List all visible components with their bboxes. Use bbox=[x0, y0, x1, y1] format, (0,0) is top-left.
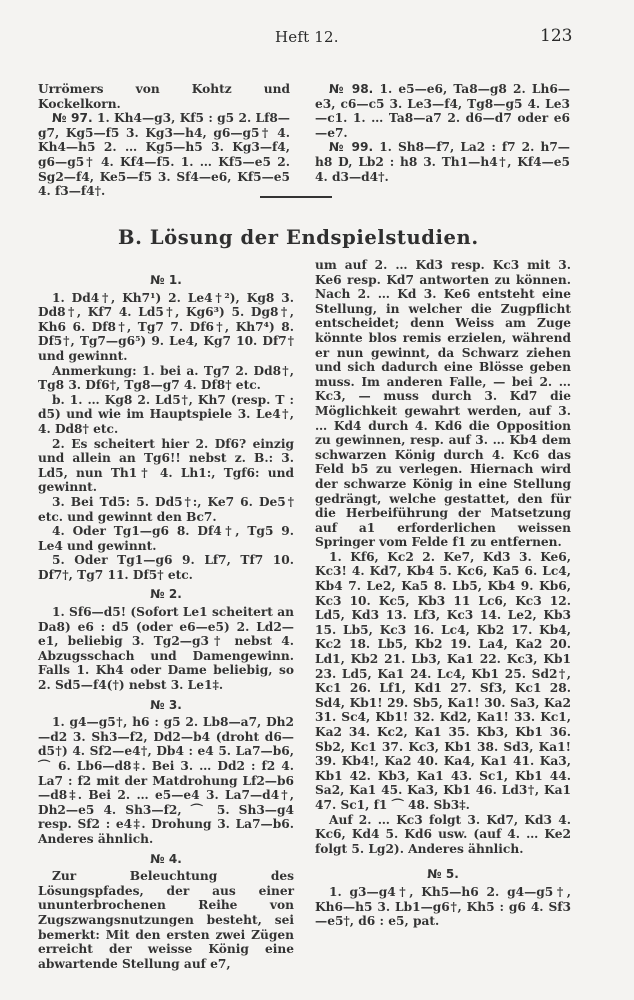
study-2-solution: 1. Sf6—d5! (Sofort Le1 scheitert an Da8)… bbox=[38, 605, 294, 693]
study-1-note-3: 3. Bei Td5: 5. Dd5†:, Ke7 6. De5† etc. u… bbox=[38, 495, 294, 524]
top-left-column: Urrömers von Kohtz und Kockelkorn. № 97.… bbox=[38, 82, 290, 199]
section-divider bbox=[260, 196, 332, 198]
left-column: № 1. 1. Dd4†, Kh7¹) 2. Le4†²), Kg8 3. Dd… bbox=[38, 268, 294, 971]
study-1-solution: 1. Dd4†, Kh7¹) 2. Le4†²), Kg8 3. Dd8†, K… bbox=[38, 291, 294, 364]
study-2-heading: № 2. bbox=[38, 587, 294, 602]
problem-98-label: № 98. bbox=[329, 82, 373, 96]
scanned-page: Heft 12. 123 Urrömers von Kohtz und Kock… bbox=[0, 0, 634, 1000]
problem-97-label: № 97. bbox=[52, 111, 93, 125]
problem-97: № 97. 1. Kh4—g3, Kf5 : g5 2. Lf8—g7, Kg5… bbox=[38, 111, 290, 199]
study-5-solution: 1. g3—g4†, Kh5—h6 2. g4—g5†, Kh6—h5 3. L… bbox=[315, 885, 571, 929]
study-3-heading: № 3. bbox=[38, 698, 294, 713]
study-4-commentary: Zur Beleuchtung des Lösungspfades, der a… bbox=[38, 869, 294, 971]
study-1-note-1a: Anmerkung: 1. bei a. Tg7 2. Dd8†, Tg8 3.… bbox=[38, 364, 294, 393]
study-1-note-5: 5. Oder Tg1—g6 9. Lf7, Tf7 10. Df7†, Tg7… bbox=[38, 553, 294, 582]
study-1-note-4: 4. Oder Tg1—g6 8. Df4†, Tg5 9. Le4 und g… bbox=[38, 524, 294, 553]
study-4-commentary-continued: um auf 2. … Kd3 resp. Kc3 mit 3. Ke6 res… bbox=[315, 258, 571, 550]
problem-98: № 98. 1. e5—e6, Ta8—g8 2. Lh6—e3, c6—c5 … bbox=[315, 82, 570, 140]
study-3-solution: 1. g4—g5†, h6 : g5 2. Lb8—a7, Dh2—d2 3. … bbox=[38, 715, 294, 846]
issue-label: Heft 12. bbox=[275, 28, 339, 46]
study-5-heading: № 5. bbox=[315, 867, 571, 882]
study-4-moves: 1. Kf6, Kc2 2. Ke7, Kd3 3. Ke6, Kc3! 4. … bbox=[315, 550, 571, 813]
intro-line: Urrömers von Kohtz und Kockelkorn. bbox=[38, 82, 290, 111]
page-number: 123 bbox=[540, 26, 572, 46]
section-title: B. Lösung der Endspielstudien. bbox=[118, 226, 598, 249]
problem-99: № 99. 1. Sh8—f7, La2 : f7 2. h7—h8 D, Lb… bbox=[315, 140, 570, 184]
study-1-heading: № 1. bbox=[38, 273, 294, 288]
study-4-heading: № 4. bbox=[38, 852, 294, 867]
page-header: Heft 12. 123 bbox=[0, 28, 634, 48]
problem-99-label: № 99. bbox=[329, 140, 373, 154]
study-4-alternative: Auf 2. … Kc3 folgt 3. Kd7, Kd3 4. Kc6, K… bbox=[315, 813, 571, 857]
top-right-column: № 98. 1. e5—e6, Ta8—g8 2. Lh6—e3, c6—c5 … bbox=[315, 82, 570, 184]
study-1-note-1b: b. 1. … Kg8 2. Ld5†, Kh7 (resp. T : d5) … bbox=[38, 393, 294, 437]
study-1-note-2: 2. Es scheitert hier 2. Df6? einzig und … bbox=[38, 437, 294, 495]
right-column: um auf 2. … Kd3 resp. Kc3 mit 3. Ke6 res… bbox=[315, 258, 571, 929]
